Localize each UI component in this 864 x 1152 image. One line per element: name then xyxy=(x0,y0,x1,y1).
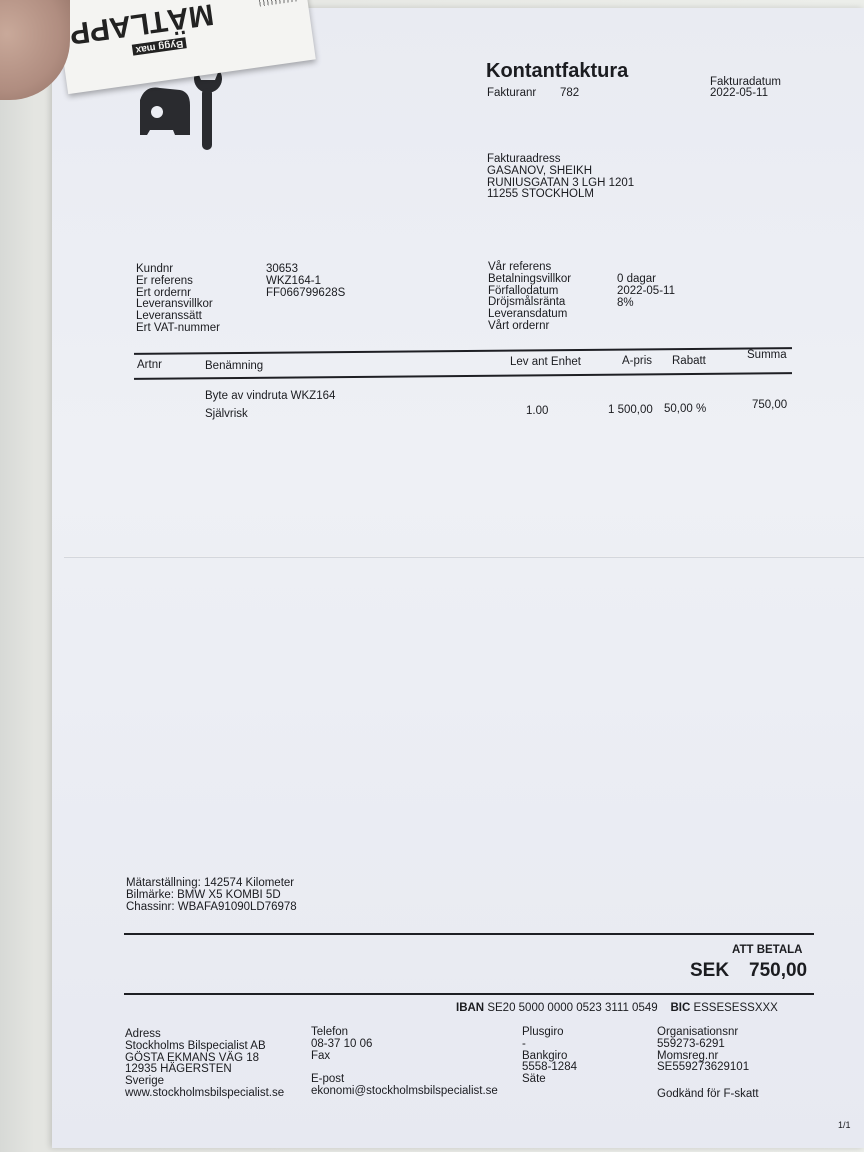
iban-label: IBAN xyxy=(456,1002,484,1014)
document-title: Kontantfaktura xyxy=(486,60,628,83)
plusgiro: - xyxy=(522,1039,577,1051)
total-currency: SEK xyxy=(690,960,729,982)
info-value: 2022-05-11 xyxy=(617,286,675,298)
total-bottom-rule xyxy=(124,993,814,995)
invoice-number: 782 xyxy=(560,88,579,100)
registration-info: Organisationsnr 559273-6291 Momsreg.nr S… xyxy=(657,1027,759,1101)
info-value: 8% xyxy=(617,298,675,310)
info-label: Betalningsvillkor xyxy=(488,274,571,286)
col-artnr: Artnr xyxy=(137,360,162,372)
customer-info-values: 30653 WKZ164-1 FF066799628S xyxy=(266,264,345,299)
col-qty-unit: Lev ant Enhet xyxy=(510,357,581,369)
chassis-number: Chassinr: WBAFA91090LD76978 xyxy=(126,902,297,914)
plusgiro-label: Plusgiro xyxy=(522,1027,577,1039)
table-row-description: Självrisk xyxy=(205,409,248,421)
total-amount: 750,00 xyxy=(749,960,807,982)
vat-number: SE559273629101 xyxy=(657,1062,759,1074)
company-address: Adress Stockholms Bilspecialist AB GÖSTA… xyxy=(125,1029,284,1100)
total-top-rule xyxy=(124,933,814,935)
table-row-unit-price: 1 500,00 xyxy=(608,405,653,417)
info-value: WKZ164-1 xyxy=(266,276,345,288)
fax-label: Fax xyxy=(311,1051,498,1063)
table-row-discount: 50,00 % xyxy=(664,404,706,416)
website-link[interactable]: www.stockholmsbilspecialist.se xyxy=(125,1088,284,1100)
total-label: ATT BETALA xyxy=(732,944,802,956)
table-row: Byte av vindruta WKZ164 xyxy=(205,391,335,403)
info-label: Ert VAT-nummer xyxy=(136,323,220,335)
col-unit-price: A-pris xyxy=(622,356,652,368)
giro-info: Plusgiro - Bankgiro 5558-1284 Säte xyxy=(522,1027,577,1086)
email-link[interactable]: ekonomi@stockholmsbilspecialist.se xyxy=(311,1086,498,1098)
paper-fold xyxy=(64,556,864,558)
invoice-date: 2022-05-11 xyxy=(710,88,768,100)
bank-details: IBAN SE20 5000 0000 0523 3111 0549 BIC E… xyxy=(456,1003,778,1015)
vehicle-info: Mätarställning: 142574 Kilometer Bilmärk… xyxy=(126,878,297,913)
seat-label: Säte xyxy=(522,1074,577,1086)
vehicle-make: Bilmärke: BMW X5 KOMBI 5D xyxy=(126,890,297,902)
col-discount: Rabatt xyxy=(672,356,706,368)
ruler-icon xyxy=(256,0,300,7)
address-line: Stockholms Bilspecialist AB xyxy=(125,1041,284,1053)
phone: 08-37 10 06 xyxy=(311,1039,498,1051)
iban: SE20 5000 0000 0523 3111 0549 xyxy=(487,1002,657,1014)
contact-info: Telefon 08-37 10 06 Fax E-post ekonomi@s… xyxy=(311,1027,498,1098)
billing-address-line: GASANOV, SHEIKH xyxy=(487,166,634,178)
ftax-note: Godkänd för F-skatt xyxy=(657,1089,759,1101)
invoice-number-label: Fakturanr xyxy=(487,88,536,100)
col-sum: Summa xyxy=(747,350,787,362)
bic: ESSESESSXXX xyxy=(693,1002,777,1014)
bic-label: BIC xyxy=(670,1002,690,1014)
table-row-qty: 1.00 xyxy=(526,406,548,418)
invoice-paper xyxy=(52,8,864,1148)
billing-address-line: 11255 STOCKHOLM xyxy=(487,189,634,201)
info-label: Er referens xyxy=(136,276,220,288)
org-number: 559273-6291 xyxy=(657,1039,759,1051)
terms-info-labels: Vår referens Betalningsvillkor Förfallod… xyxy=(488,262,571,333)
table-row-sum: 750,00 xyxy=(752,400,787,412)
billing-address: Fakturaadress GASANOV, SHEIKH RUNIUSGATA… xyxy=(487,154,634,201)
customer-info-labels: Kundnr Er referens Ert ordernr Leveransv… xyxy=(136,264,220,335)
info-label: Vårt ordernr xyxy=(488,321,571,333)
info-value: FF066799628S xyxy=(266,288,345,300)
col-description: Benämning xyxy=(205,361,263,373)
terms-info-values: 0 dagar 2022-05-11 8% xyxy=(617,274,675,309)
page-number: 1/1 xyxy=(838,1120,851,1130)
